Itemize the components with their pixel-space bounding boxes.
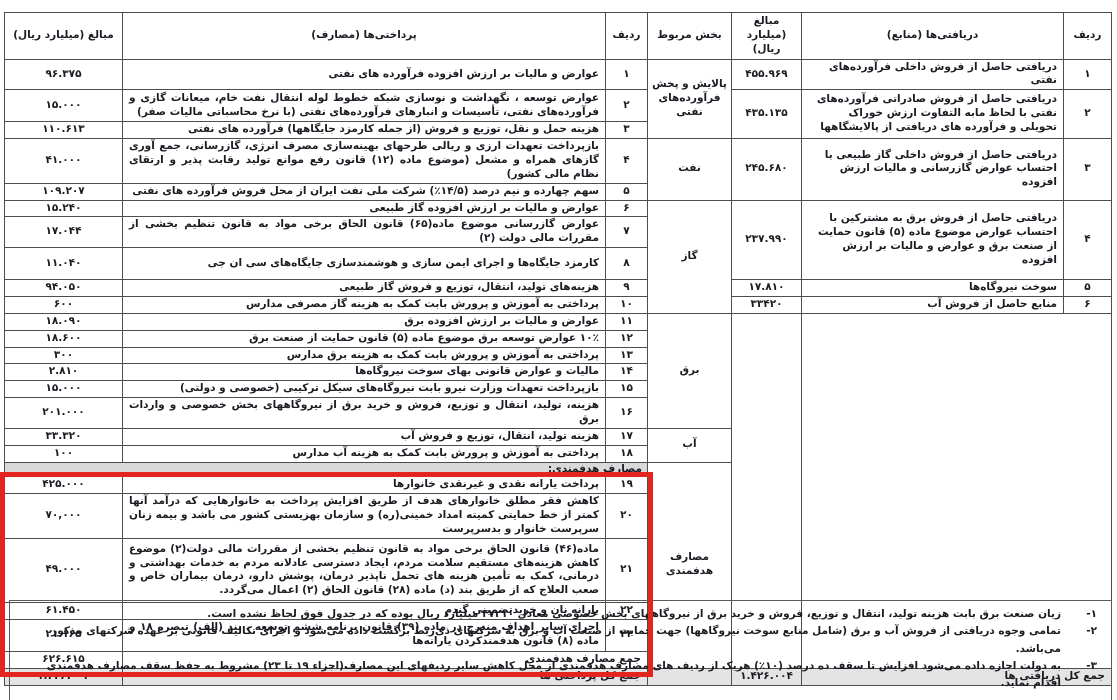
payments-rowno-header: ردیف [606,13,648,60]
footnote-text: زیان صنعت برق بابت هزینه تولید، انتقال و… [20,606,1061,623]
receipts-item-text: دریافتی حاصل از فروش برق به مشترکین با ا… [802,200,1064,280]
receipts-row-number: ۵ [1064,280,1112,297]
payments-row-number: ۱۷ [606,428,648,445]
receipts-item-text: منابع حاصل از فروش آب [802,297,1064,314]
sheet: ردیف دریافتی‌ها (منابع) مبالغ (میلیارد ر… [0,0,1117,700]
payments-item-text: پرداختی به آموزش و پرورش بابت کمک به هزی… [123,297,606,314]
payments-item-text: عوارض و مالیات بر ارزش افزوده برق [123,313,606,330]
footnote-text: به دولت اجازه داده می‌شود افزایش تا سقف … [20,658,1061,693]
payments-header: پرداختی‌ها (مصارف) [123,13,606,60]
payments-amount: ۱۰۹.۲۰۷ [5,183,123,200]
payments-amount: ۹۶.۳۷۵ [5,59,123,90]
payments-amount: ۴۲۵.۰۰۰ [5,477,123,494]
payments-amount: ۳۳.۳۲۰ [5,428,123,445]
budget-table: ردیف دریافتی‌ها (منابع) مبالغ (میلیارد ر… [4,12,1112,686]
receipts-row-number: ۱ [1064,59,1112,90]
receipts-row-number: ۴ [1064,200,1112,280]
payments-amount: ۲.۸۱۰ [5,364,123,381]
receipts-row-number: ۶ [1064,297,1112,314]
payments-row-number: ۱۴ [606,364,648,381]
payments-row-number: ۱۳ [606,347,648,364]
footnote-2: ۲- تمامی وجوه دریافتی از فروش آب و برق (… [20,623,1097,658]
table-row: ۳ دریافتی حاصل از فروش داخلی گاز طبیعی ب… [5,139,1112,184]
payments-row-number: ۹ [606,280,648,297]
receipts-amount: ۴۳۵.۱۳۵ [732,90,802,139]
payments-item-text: کارمزد جایگاه‌ها و اجرای ایمن سازی و هوش… [123,248,606,280]
payments-row-number: ۱ [606,59,648,90]
subsidy-band-cell: مصارف هدفمندی: [5,462,648,477]
payments-amount: ۱۵.۲۴۰ [5,200,123,217]
receipts-item-text: سوخت نیروگاه‌ها [802,280,1064,297]
payments-amount: ۶۰۰ [5,297,123,314]
receipts-item-text: دریافتی حاصل از فروش داخلی گاز طبیعی با … [802,139,1064,200]
footnote-text: تمامی وجوه دریافتی از فروش آب و برق (شام… [20,623,1061,658]
receipts-amount: ۲۴۵.۶۸۰ [732,139,802,200]
section-cell-oil: نفت [648,139,732,200]
payments-item-text: عوارض گازرسانی موضوع ماده(۶۵) قانون الحا… [123,217,606,248]
table-row: ۱ دریافتی حاصل از فروش داخلی فرآورده‌های… [5,59,1112,90]
payments-row-number: ۱۶ [606,398,648,429]
payments-amount: ۲۰۱.۰۰۰ [5,398,123,429]
payments-amount: ۴۱.۰۰۰ [5,139,123,184]
receipts-amount: ۳۳۴۲۰ [732,297,802,314]
payments-item-text: هزینه تولید، انتقال، توزیع و فروش آب [123,428,606,445]
footnotes-box: ۱- زیان صنعت برق بابت هزینه تولید، انتقا… [9,600,1112,700]
payments-item-text: بازپرداخت تعهدات وزارت نیرو بابت نیروگاه… [123,381,606,398]
receipts-amounts-header: مبالغ (میلیارد ریال) [732,13,802,60]
payments-row-number: ۱۲ [606,330,648,347]
payments-item-text: عوارض توسعه ، نگهداشت و نوسازی شبکه خطوط… [123,90,606,122]
receipts-rowno-header: ردیف [1064,13,1112,60]
footnote-1: ۱- زیان صنعت برق بابت هزینه تولید، انتقا… [20,606,1097,623]
payments-row-number: ۸ [606,248,648,280]
section-header: بخش مربوط [648,13,732,60]
payments-amounts-header: مبالغ (میلیارد ریال) [5,13,123,60]
payments-item-text: ۱۰٪ عوارض توسعه برق موضوع ماده (۵) قانون… [123,330,606,347]
section-cell-gas: گاز [648,200,732,313]
payments-row-number: ۷ [606,217,648,248]
footnote-number: ۲- [1075,623,1097,658]
payments-row-number: ۱۰ [606,297,648,314]
section-cell-electricity: برق [648,313,732,428]
footnote-number: ۱- [1075,606,1097,623]
payments-amount: ۳۰۰ [5,347,123,364]
payments-amount: ۱۸.۶۰۰ [5,330,123,347]
payments-amount: ۹۴.۰۵۰ [5,280,123,297]
payments-row-number: ۲۱ [606,538,648,602]
payments-amount: ۱۸.۰۹۰ [5,313,123,330]
payments-amount: ۷۰,۰۰۰ [5,494,123,539]
payments-row-number: ۲ [606,90,648,122]
payments-row-number: ۱۸ [606,445,648,462]
payments-item-text: ماده(۴۶) قانون الحاق برخی مواد به قانون … [123,538,606,602]
receipts-header: دریافتی‌ها (منابع) [802,13,1064,60]
payments-row-number: ۳ [606,122,648,139]
payments-amount: ۱۰۰ [5,445,123,462]
payments-item-text: هزینه‌های تولید، انتقال، توزیع و فروش گا… [123,280,606,297]
payments-item-text: پرداخت یارانه نقدی و غیرنقدی خانوارها [123,477,606,494]
payments-row-number: ۲۰ [606,494,648,539]
receipts-amount: ۴۵۵.۹۶۹ [732,59,802,90]
receipts-item-text: دریافتی حاصل از فروش صادراتی فرآورده‌های… [802,90,1064,139]
payments-row-number: ۱۹ [606,477,648,494]
receipts-amount: ۲۳۷.۹۹۰ [732,200,802,280]
payments-item-text: مالیات و عوارض قانونی بهای سوخت نیروگاه‌… [123,364,606,381]
payments-row-number: ۶ [606,200,648,217]
payments-row-number: ۴ [606,139,648,184]
payments-item-text: سهم چهارده و نیم درصد (۱۴/۵٪) شرکت ملی ن… [123,183,606,200]
payments-amount: ۱۵.۰۰۰ [5,381,123,398]
table-row: برق ۱۱ عوارض و مالیات بر ارزش افزوده برق… [5,313,1112,330]
payments-amount: ۱۱.۰۴۰ [5,248,123,280]
receipts-row-number: ۲ [1064,90,1112,139]
payments-item-text: پرداختی به آموزش و پرورش بابت کمک به هزی… [123,347,606,364]
payments-row-number: ۵ [606,183,648,200]
section-cell-refining: پالایش و پخش فرآورده‌های نفتی [648,59,732,139]
receipts-amount: ۱۷.۸۱۰ [732,280,802,297]
payments-item-text: عوارض و مالیات بر ارزش افزوده گاز طبیعی [123,200,606,217]
receipts-item-text: دریافتی حاصل از فروش داخلی فرآورده‌های ن… [802,59,1064,90]
payments-amount: ۱۷.۰۴۴ [5,217,123,248]
section-cell-water: آب [648,428,732,462]
payments-amount: ۴۹.۰۰۰ [5,538,123,602]
table-row: ۲ دریافتی حاصل از فروش صادراتی فرآورده‌ه… [5,90,1112,122]
table-row: ۵ سوخت نیروگاه‌ها ۱۷.۸۱۰ ۹ هزینه‌های تول… [5,280,1112,297]
payments-item-text: هزینه حمل و نقل، توزیع و فروش (از جمله ک… [123,122,606,139]
receipts-row-number: ۳ [1064,139,1112,200]
payments-item-text: کاهش فقر مطلق خانوارهای هدف از طریق افزا… [123,494,606,539]
table-row: ۴ دریافتی حاصل از فروش برق به مشترکین با… [5,200,1112,217]
payments-row-number: ۱۱ [606,313,648,330]
header-row: ردیف دریافتی‌ها (منابع) مبالغ (میلیارد ر… [5,13,1112,60]
payments-item-text: عوارض و مالیات بر ارزش افزوده فرآورده ها… [123,59,606,90]
footnote-3: ۳- به دولت اجازه داده می‌شود افزایش تا س… [20,658,1097,693]
table-row: ۶ منابع حاصل از فروش آب ۳۳۴۲۰ ۱۰ پرداختی… [5,297,1112,314]
payments-item-text: پرداختی به آموزش و پرورش بابت کمک به هزی… [123,445,606,462]
payments-amount: ۱۱۰.۶۱۳ [5,122,123,139]
footnote-number: ۳- [1075,658,1097,693]
payments-item-text: هزینه، تولید، انتقال و توزیع، فروش و خری… [123,398,606,429]
payments-item-text: بازپرداخت تعهدات ارزی و ریالی طرحهای بهی… [123,139,606,184]
payments-amount: ۱۵.۰۰۰ [5,90,123,122]
payments-row-number: ۱۵ [606,381,648,398]
